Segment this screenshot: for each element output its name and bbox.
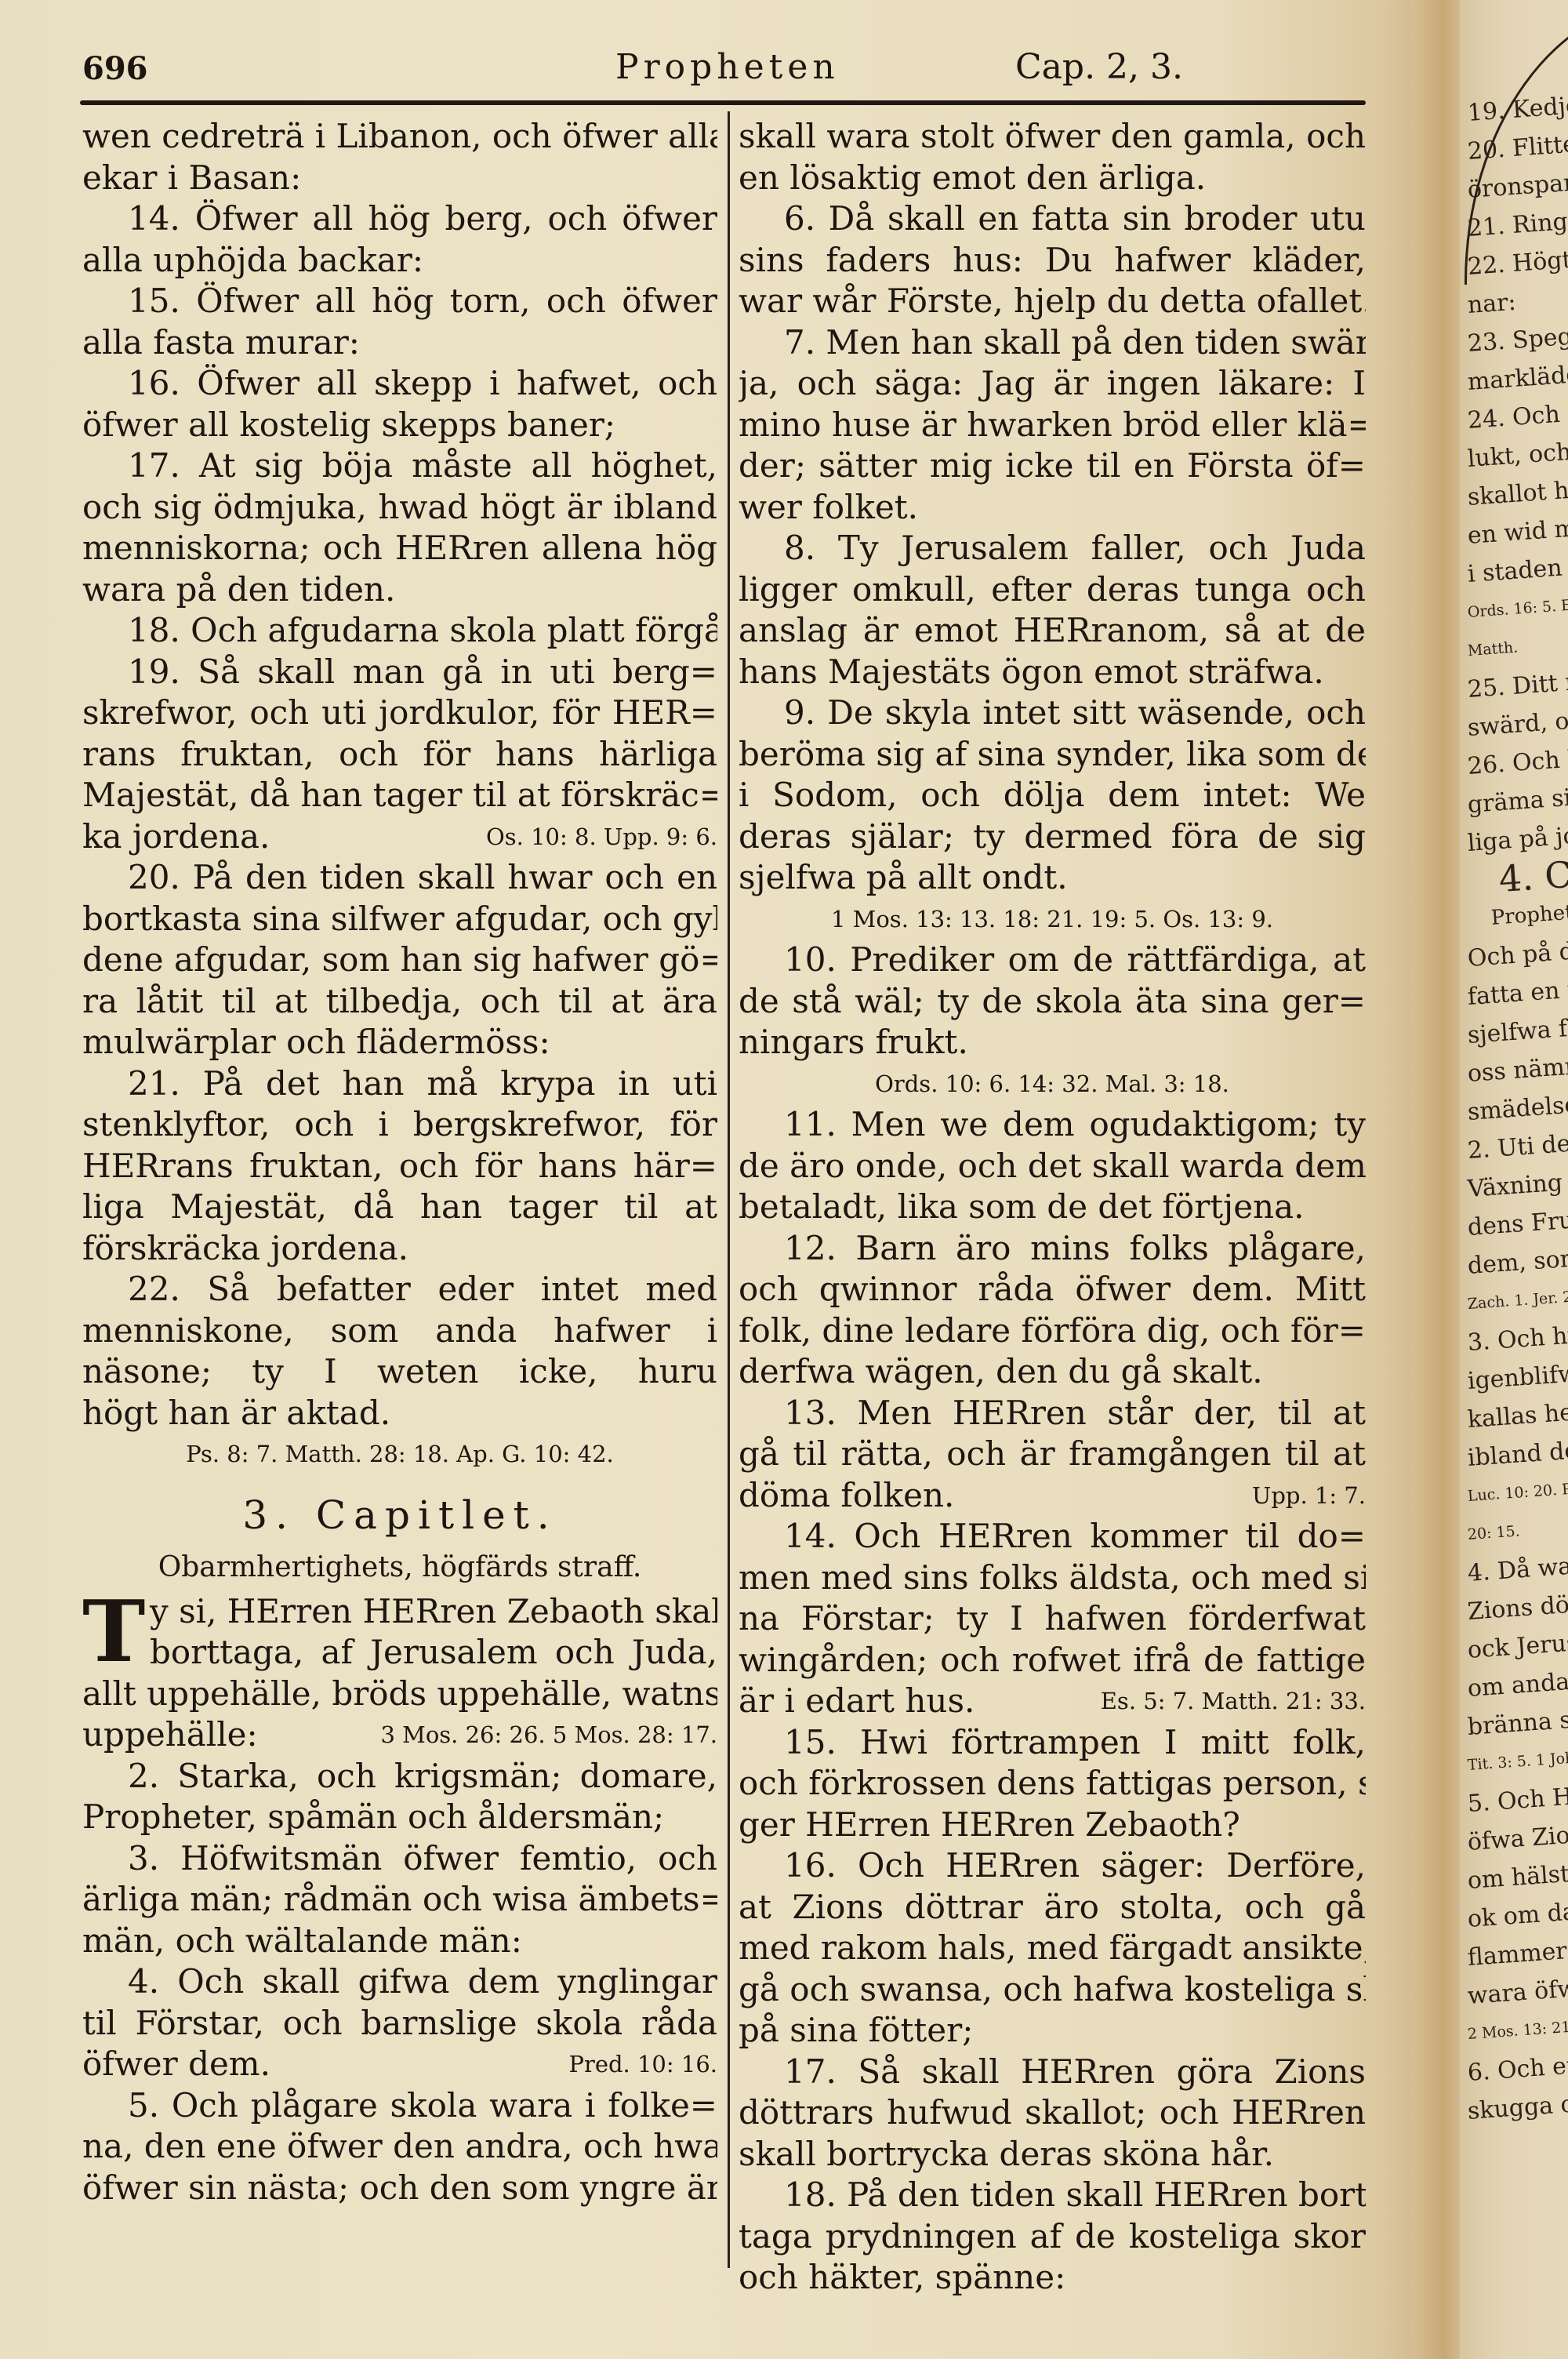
line-text: stenklyftor, och i bergskrefwor, för — [82, 1105, 717, 1143]
line-text: skrefwor, och uti jordkulor, för HER= — [82, 693, 717, 732]
line-text: 12. Barn äro mins folks plågare, — [784, 1229, 1366, 1267]
page-header: 696 Propheten Cap. 2, 3. — [82, 47, 1368, 94]
line-text: til Förstar, och barnslige skola råda — [82, 2004, 717, 2042]
adjacent-text-line: skugga om dagen — [1466, 2084, 1568, 2131]
line-text: uppehälle: — [82, 1715, 258, 1754]
text-line: skrefwor, och uti jordkulor, för HER= — [82, 692, 717, 734]
line-text: mulwärplar och flädermöss: — [82, 1023, 550, 1061]
text-line: 9. De skyla intet sitt wäsende, och — [739, 692, 1366, 734]
adjacent-text-line: fatta en man, — [1466, 969, 1568, 1016]
line-text: 15. Hwi förtrampen I mitt folk, — [784, 1723, 1366, 1761]
cross-reference: Pred. 10: 16. — [568, 2044, 717, 2085]
adjacent-text-line: swärd, och din — [1466, 700, 1568, 747]
text-line: der; sätter mig icke til en Första öf= — [739, 445, 1366, 487]
adjacent-text-line: Växning wara kä — [1466, 1161, 1568, 1209]
text-line: borttaga, af Jerusalem och Juda, — [82, 1632, 717, 1674]
text-line: Propheter, spåmän och åldersmän; — [82, 1797, 717, 1838]
text-line: wen cedreträ i Libanon, och öfwer alla — [82, 116, 717, 158]
page-number: 696 — [82, 50, 148, 87]
line-text: 21. På det han må krypa in uti — [128, 1064, 717, 1103]
adjacent-text-line: 20. Flitter, brän — [1466, 124, 1568, 171]
line-text: 10. Prediker om de rättfärdiga, at — [784, 940, 1366, 979]
text-line: gå til rätta, och är framgången til at — [739, 1434, 1366, 1475]
text-line: 21. På det han må krypa in uti — [82, 1063, 717, 1105]
text-line: ja, och säga: Jag är ingen läkare: I — [739, 363, 1366, 405]
chapter-summary: Obarmhertighets, högfärds straff. — [82, 1544, 717, 1591]
text-line: ekar i Basan: — [82, 158, 717, 199]
header-rule — [80, 100, 1366, 105]
text-line: 18. På den tiden skall HERren bort= — [739, 2175, 1366, 2216]
text-line: en lösaktig emot den ärliga. — [739, 158, 1366, 199]
adjacent-text-line: Luc. 10: 20. Phil. 4: — [1466, 1469, 1568, 1516]
adjacent-text-line: 5. Och HERre — [1466, 1776, 1568, 1823]
adjacent-text-line: 3. Och hwilken — [1466, 1315, 1568, 1362]
text-line: 15. Hwi förtrampen I mitt folk, — [739, 1722, 1366, 1764]
text-line: och förkrossen dens fattigas person, sä= — [739, 1763, 1366, 1805]
text-line: uppehälle:3 Mos. 26: 26. 5 Mos. 28: 17. — [82, 1714, 717, 1756]
adjacent-text-line: Tit. 3: 5. 1 Joh — [1466, 1738, 1568, 1785]
line-text: menniskone, som anda hafwer i — [82, 1311, 717, 1350]
text-line: 20. På den tiden skall hwar och en — [82, 857, 717, 899]
line-text: wingården; och rofwet ifrå de fattige — [739, 1641, 1366, 1679]
adjacent-text-line: öronspan: — [1466, 162, 1568, 209]
text-line: rans fruktan, och för hans härliga — [82, 734, 717, 776]
text-line: 17. At sig böja måste all höghet, — [82, 445, 717, 487]
text-line: näsone; ty I weten icke, huru — [82, 1351, 717, 1393]
cross-reference: Es. 5: 7. Matth. 21: 33. — [1101, 1681, 1366, 1722]
line-text: en lösaktig emot den ärliga. — [739, 158, 1206, 197]
line-text: 7. Men han skall på den tiden swär= — [784, 323, 1366, 362]
text-line: 16. Öfwer all skepp i hafwet, och — [82, 363, 717, 405]
line-text: döma folken. — [739, 1476, 954, 1514]
text-line: ningars frukt. — [739, 1022, 1366, 1063]
text-line: döttrars hufwud skallot; och HERren — [739, 2092, 1366, 2134]
text-line: alla uphöjda backar: — [82, 240, 717, 282]
text-line: 14. Öfwer all hög berg, och öfwer — [82, 198, 717, 240]
text-line: anslag är emot HERranom, så at de — [739, 610, 1366, 652]
line-text: alla uphöjda backar: — [82, 241, 423, 279]
line-text: 5. Och plågare skola wara i folke= — [128, 2086, 717, 2125]
left-column-verses-chapter-3: allt uppehälle, bröds uppehälle, watnsup… — [82, 1674, 717, 2209]
line-text: 11. Men we dem ogudaktigom; ty — [784, 1105, 1366, 1143]
adjacent-text-line: om hälst det försa — [1466, 1853, 1568, 1900]
text-line: ligger omkull, efter deras tunga och — [739, 569, 1366, 611]
line-text: ärliga män; rådmän och wisa ämbets= — [82, 1880, 717, 1918]
drop-cap: T — [82, 1593, 145, 1671]
text-line: alla fasta murar: — [82, 322, 717, 364]
cross-reference: 3 Mos. 26: 26. 5 Mos. 28: 17. — [380, 1714, 717, 1756]
line-text: bortkasta sina silfwer afgudar, och gyl= — [82, 900, 717, 938]
adjacent-text-line: 2 Mos. 13: 21. P — [1466, 2007, 1568, 2054]
line-text: 4. Och skall gifwa dem ynglingar — [128, 1962, 717, 2001]
line-text: 22. Så befatter eder intet med — [128, 1270, 717, 1308]
adjacent-text-line: 26. Och hans — [1466, 739, 1568, 786]
text-line: til Förstar, och barnslige skola råda — [82, 2003, 717, 2045]
line-text: war wår Förste, hjelp du detta ofallet. — [739, 282, 1366, 320]
adjacent-text-line: ok om dagen, oc — [1466, 1892, 1568, 1939]
adjacent-text-line: 22. Högtidskläde — [1466, 239, 1568, 286]
text-line: na, den ene öfwer den andra, och hwar — [82, 2126, 717, 2168]
line-text: 3. Höfwitsmän öfwer femtio, och — [128, 1839, 717, 1877]
text-line: 14. Och HERren kommer til do= — [739, 1516, 1366, 1558]
adjacent-text-line: 6. Och et skjul — [1466, 2045, 1568, 2092]
text-line: beröma sig af sina synder, lika som de — [739, 734, 1366, 776]
text-line: högt han är aktad. — [82, 1393, 717, 1434]
text-line: 6. Då skall en fatta sin broder utu — [739, 198, 1366, 240]
text-line: war wår Förste, hjelp du detta ofallet. — [739, 281, 1366, 322]
line-text: 8. Ty Jerusalem faller, och Juda — [784, 529, 1366, 567]
text-line: 19. Så skall man gå in uti berg= — [82, 652, 717, 693]
adjacent-text-line: Ords. 16: 5. Es. 1 — [1466, 585, 1568, 632]
line-text: taga prydningen af de kosteliga skor — [739, 2217, 1366, 2255]
line-text: HERrans fruktan, och för hans här= — [82, 1147, 717, 1185]
line-text: öfwer sin nästa; och den som yngre är, — [82, 2168, 717, 2207]
line-text: na Förstar; ty I hafwen förderfwat — [739, 1599, 1366, 1637]
text-line: öfwer dem.Pred. 10: 16. — [82, 2044, 717, 2085]
line-text: öfwer dem. — [82, 2045, 270, 2083]
text-line: Majestät, då han tager til at förskräc= — [82, 775, 717, 816]
cross-reference: Ps. 8: 7. Matth. 28: 18. Ap. G. 10: 42. — [82, 1434, 717, 1475]
adjacent-text-line: 25. Ditt meniga — [1466, 662, 1568, 709]
adjacent-text-line: dens Frukt h — [1466, 1200, 1568, 1247]
line-text: 17. Så skall HERren göra Zions — [784, 2052, 1366, 2091]
line-text: wer folket. — [739, 488, 918, 526]
text-line: mino huse är hwarken bröd eller klä= — [739, 405, 1366, 446]
line-text: ger HErren HERren Zebaoth? — [739, 1805, 1240, 1844]
text-line: de äro onde, och det skall warda dem — [739, 1146, 1366, 1187]
adjacent-text-line: Zach. 1. Jer. 23: 5. 3 — [1466, 1277, 1568, 1324]
chapter-heading: 3. Capitlet. — [82, 1486, 717, 1544]
line-text: och häkter, spänne: — [739, 2258, 1065, 2296]
adjacent-text-line: dem, som behållne — [1466, 1238, 1568, 1285]
text-line: ra låtit til at tilbedja, och til at ära — [82, 981, 717, 1023]
adjacent-text-line: 21. Ringar, änn — [1466, 201, 1568, 248]
line-text: men med sins folks äldsta, och med si= — [739, 1558, 1366, 1597]
adjacent-text-line: ock Jerusalems blo — [1466, 1623, 1568, 1670]
line-text: 6. Då skall en fatta sin broder utu — [784, 199, 1366, 238]
adjacent-page-text: 19. Kedjor, arm20. Flitter, bränöronspan… — [1468, 94, 1568, 2131]
text-line: deras själar; ty dermed föra de sig — [739, 816, 1366, 858]
text-line: 7. Men han skall på den tiden swär= — [739, 322, 1366, 364]
text-line: på sina fötter; — [739, 2010, 1366, 2052]
text-line: mulwärplar och flädermöss: — [82, 1022, 717, 1063]
line-text: 9. De skyla intet sitt wäsende, och — [784, 693, 1366, 732]
adjacent-text-line: om andan, som d — [1466, 1661, 1568, 1708]
adjacent-text-line: Prophetia — [1466, 892, 1568, 940]
adjacent-text-line: 24. Och der skall — [1466, 393, 1568, 440]
text-line: 4. Och skall gifwa dem ynglingar — [82, 1961, 717, 2003]
line-text: näsone; ty I weten icke, huru — [82, 1352, 717, 1390]
text-line: liga Majestät, då han tager til at — [82, 1187, 717, 1228]
line-text: 17. At sig böja måste all höghet, — [128, 446, 717, 485]
text-line: dene afgudar, som han sig hafwer gö= — [82, 940, 717, 981]
text-line: ka jordena.Os. 10: 8. Upp. 9: 6. — [82, 816, 717, 858]
line-text: i Sodom, och dölja dem intet: We — [739, 776, 1366, 814]
text-line: at Zions döttrar äro stolta, och gå — [739, 1887, 1366, 1928]
adjacent-text-line: Och på den tiden — [1466, 931, 1568, 978]
adjacent-text-line: i staden för d — [1466, 547, 1568, 594]
adjacent-text-line: 19. Kedjor, arm — [1466, 85, 1568, 133]
line-text: och förkrossen dens fattigas person, sä= — [739, 1764, 1366, 1802]
line-text: ja, och säga: Jag är ingen läkare: I — [739, 364, 1366, 402]
line-text: wara på den tiden. — [82, 570, 395, 609]
adjacent-text-line: en wid mantel — [1466, 508, 1568, 555]
line-text: ra låtit til at tilbedja, och til at ära — [82, 982, 717, 1020]
text-line: sins faders hus: Du hafwer kläder, — [739, 240, 1366, 282]
adjacent-text-line: wara öfwer allt de — [1466, 1968, 1568, 2016]
cross-reference: Upp. 1: 7. — [1252, 1475, 1366, 1517]
chapter-opening: T y si, HErren HERren Zebaoth skall bort… — [82, 1591, 717, 1674]
text-line: y si, HErren HERren Zebaoth skall — [82, 1591, 717, 1633]
line-text: anslag är emot HERranom, så at de — [739, 611, 1366, 649]
text-line: wingården; och rofwet ifrå de fattige — [739, 1640, 1366, 1681]
right-column: skall wara stolt öfwer den gamla, ochen … — [739, 116, 1366, 2299]
line-text: sins faders hus: Du hafwer kläder, — [739, 241, 1366, 279]
adjacent-text-line: öfwa Zions bergs — [1466, 1815, 1568, 1862]
line-text: förskräcka jordena. — [82, 1229, 408, 1267]
line-text: wen cedreträ i Libanon, och öfwer alla — [82, 117, 717, 155]
text-line: skall wara stolt öfwer den gamla, och — [739, 116, 1366, 158]
adjacent-text-line: kallas helig, hwar — [1466, 1392, 1568, 1439]
line-text: de stå wäl; ty de skola äta sina ger= — [739, 982, 1366, 1020]
text-line: ärliga män; rådmän och wisa ämbets= — [82, 1879, 717, 1921]
text-line: menniskorna; och HERren allena hög — [82, 528, 717, 569]
text-line: 16. Och HERren säger: Derföre, — [739, 1845, 1366, 1887]
adjacent-text-line: lukt, och et löst — [1466, 431, 1568, 478]
line-text: ekar i Basan: — [82, 158, 301, 197]
text-line: gå och swansa, och hafwa kosteliga skor — [739, 1969, 1366, 2011]
line-text: 18. Och afgudarna skola platt förgås. — [128, 611, 717, 649]
adjacent-text-line: 2. Uti den tide — [1466, 1123, 1568, 1170]
adjacent-text-line: Zions döttrars smi — [1466, 1584, 1568, 1631]
line-text: 16. Och HERren säger: Derföre, — [784, 1846, 1366, 1885]
line-text: gå och swansa, och hafwa kosteliga skor — [739, 1970, 1366, 2008]
line-text: betaladt, lika som de det förtjena. — [739, 1187, 1305, 1226]
line-text: på sina fötter; — [739, 2011, 973, 2049]
line-text: Ps. 8: 7. Matth. 28: 18. Ap. G. 10: 42. — [186, 1441, 614, 1467]
text-line: 10. Prediker om de rättfärdiga, at — [739, 940, 1366, 981]
text-line: är i edart hus.Es. 5: 7. Matth. 21: 33. — [739, 1681, 1366, 1722]
line-text: rans fruktan, och för hans härliga — [82, 735, 717, 773]
line-text: dene afgudar, som han sig hafwer gö= — [82, 940, 717, 979]
text-line: bortkasta sina silfwer afgudar, och gyl= — [82, 899, 717, 940]
cross-reference: Ords. 10: 6. 14: 32. Mal. 3: 18. — [739, 1063, 1366, 1105]
text-line: döma folken.Upp. 1: 7. — [739, 1475, 1366, 1517]
line-text: 15. Öfwer all hög torn, och öfwer — [128, 282, 717, 320]
text-line: wer folket. — [739, 487, 1366, 529]
text-line: betaladt, lika som de det förtjena. — [739, 1187, 1366, 1228]
chapter-reference: Cap. 2, 3. — [1015, 47, 1183, 87]
adjacent-text-line: 20: 15. — [1466, 1507, 1568, 1554]
text-line: taga prydningen af de kosteliga skor — [739, 2216, 1366, 2258]
line-text: män, och wältalande män: — [82, 1921, 522, 1960]
text-line: men med sins folks äldsta, och med si= — [739, 1558, 1366, 1599]
line-text: derfwa wägen, den du gå skalt. — [739, 1352, 1263, 1390]
text-line: 17. Så skall HERren göra Zions — [739, 2052, 1366, 2093]
adjacent-text-line: sjelfwa föda och — [1466, 1008, 1568, 1055]
text-line: derfwa wägen, den du gå skalt. — [739, 1351, 1366, 1393]
text-line: ger HErren HERren Zebaoth? — [739, 1805, 1366, 1846]
line-text: 14. Öfwer all hög berg, och öfwer — [128, 199, 717, 238]
text-line: män, och wältalande män: — [82, 1921, 717, 1962]
text-line: wara på den tiden. — [82, 569, 717, 611]
text-line: förskräcka jordena. — [82, 1228, 717, 1270]
line-text: är i edart hus. — [739, 1681, 975, 1720]
text-line: 22. Så befatter eder intet med — [82, 1269, 717, 1310]
line-text: öfwer all kostelig skepps baner; — [82, 405, 615, 444]
line-text: ligger omkull, efter deras tunga och — [739, 570, 1366, 609]
line-text: skall wara stolt öfwer den gamla, och — [739, 117, 1366, 155]
line-text: 14. Och HERren kommer til do= — [784, 1517, 1366, 1555]
running-title: Propheten — [615, 47, 840, 87]
line-text: ka jordena. — [82, 817, 270, 856]
adjacent-text-line: flammer om nattens — [1466, 1930, 1568, 1977]
line-text: Propheter, spåmän och åldersmän; — [82, 1797, 664, 1836]
line-text: skall bortrycka deras sköna hår. — [739, 2135, 1274, 2173]
adjacent-text-line: gräma sig, och — [1466, 777, 1568, 824]
line-text: 1 Mos. 13: 13. 18: 21. 19: 5. Os. 13: 9. — [831, 906, 1273, 932]
text-line: na Förstar; ty I hafwen förderfwat — [739, 1598, 1366, 1640]
text-line: HERrans fruktan, och för hans här= — [82, 1146, 717, 1187]
line-text: 2. Starka, och krigsmän; domare, — [128, 1757, 717, 1795]
text-line: hans Majestäts ögon emot sträfwa. — [739, 652, 1366, 693]
text-line: 3. Höfwitsmän öfwer femtio, och — [82, 1838, 717, 1880]
line-text: 16. Öfwer all skepp i hafwet, och — [128, 364, 717, 402]
line-text: liga Majestät, då han tager til at — [82, 1187, 717, 1226]
line-text: mino huse är hwarken bröd eller klä= — [739, 405, 1366, 444]
line-text: 18. På den tiden skall HERren bort= — [784, 2175, 1366, 2214]
adjacent-text-line: ibland de lefwa — [1466, 1430, 1568, 1478]
right-column-verses: skall wara stolt öfwer den gamla, ochen … — [739, 116, 1366, 2299]
line-text: 19. Så skall man gå in uti berg= — [128, 652, 717, 691]
text-line: folk, dine ledare förföra dig, och för= — [739, 1310, 1366, 1352]
line-text: at Zions döttrar äro stolta, och gå — [739, 1888, 1366, 1926]
line-text: sjelfwa på allt ondt. — [739, 858, 1068, 896]
adjacent-text-line: igenblifwer i J — [1466, 1354, 1568, 1401]
adjacent-text-line: bränna skall. — [1466, 1699, 1568, 1747]
line-text: och qwinnor råda öfwer dem. Mitt — [739, 1270, 1366, 1308]
text-line: och qwinnor råda öfwer dem. Mitt — [739, 1269, 1366, 1310]
adjacent-text-line: 23. Speglar, snö — [1466, 316, 1568, 363]
line-text: med rakom hals, med färgadt ansikte; — [739, 1928, 1366, 1967]
line-text: Majestät, då han tager til at förskräc= — [82, 776, 717, 814]
adjacent-text-line: nar: — [1466, 278, 1568, 325]
line-text: döttrars hufwud skallot; och HERren — [739, 2093, 1366, 2132]
adjacent-text-line: skallot hufwud f — [1466, 470, 1568, 517]
line-text: Ords. 10: 6. 14: 32. Mal. 3: 18. — [875, 1070, 1229, 1097]
line-text: alla fasta murar: — [82, 323, 360, 362]
line-text: na, den ene öfwer den andra, och hwar — [82, 2127, 717, 2165]
adjacent-text-line: 4. Då warder H — [1466, 1546, 1568, 1593]
line-text: 20. På den tiden skall hwar och en — [128, 858, 717, 896]
adjacent-text-line: Matth. — [1466, 623, 1568, 671]
line-text: allt uppehälle, bröds uppehälle, watns — [82, 1674, 717, 1713]
line-text: 13. Men HERren står der, til at — [784, 1394, 1366, 1432]
line-text: gå til rätta, och är framgången til at — [739, 1434, 1366, 1473]
text-line: med rakom hals, med färgadt ansikte; — [739, 1928, 1366, 1969]
left-column: wen cedreträ i Libanon, och öfwer allaek… — [82, 116, 717, 2208]
line-text: ningars frukt. — [739, 1023, 968, 1061]
text-line: stenklyftor, och i bergskrefwor, för — [82, 1104, 717, 1146]
adjacent-text-line: oss nämnas efte — [1466, 1046, 1568, 1093]
cross-reference: 1 Mos. 13: 13. 18: 21. 19: 5. Os. 13: 9. — [739, 899, 1366, 940]
text-line: 13. Men HERren står der, til at — [739, 1393, 1366, 1434]
text-line: 5. Och plågare skola wara i folke= — [82, 2085, 717, 2127]
text-line: sjelfwa på allt ondt. — [739, 857, 1366, 899]
line-text: der; sätter mig icke til en Första öf= — [739, 446, 1366, 485]
text-line: de stå wäl; ty de skola äta sina ger= — [739, 981, 1366, 1023]
cross-reference: Os. 10: 8. Upp. 9: 6. — [486, 816, 717, 858]
line-text: folk, dine ledare förföra dig, och för= — [739, 1311, 1366, 1350]
line-text: beröma sig af sina synder, lika som de — [739, 735, 1366, 773]
adjacent-text-line: smädelse må ifrå — [1466, 1085, 1568, 1132]
text-line: 12. Barn äro mins folks plågare, — [739, 1228, 1366, 1270]
line-text: hans Majestäts ögon emot sträfwa. — [739, 652, 1324, 691]
line-text: menniskorna; och HERren allena hög — [82, 529, 717, 567]
text-line: 15. Öfwer all hög torn, och öfwer — [82, 281, 717, 322]
text-line: 11. Men we dem ogudaktigom; ty — [739, 1104, 1366, 1146]
text-line: 18. Och afgudarna skola platt förgås. — [82, 610, 717, 652]
text-line: menniskone, som anda hafwer i — [82, 1310, 717, 1352]
text-line: och häkter, spänne: — [739, 2257, 1366, 2299]
column-divider — [728, 111, 730, 2268]
adjacent-text-line: markläder. — [1466, 354, 1568, 402]
text-line: i Sodom, och dölja dem intet: We — [739, 775, 1366, 816]
text-line: och sig ödmjuka, hwad högt är ibland — [82, 487, 717, 529]
text-line: allt uppehälle, bröds uppehälle, watns — [82, 1674, 717, 1715]
left-column-verses: wen cedreträ i Libanon, och öfwer allaek… — [82, 116, 717, 1475]
line-text: deras själar; ty dermed föra de sig — [739, 817, 1366, 856]
line-text: högt han är aktad. — [82, 1394, 390, 1432]
text-line: 2. Starka, och krigsmän; domare, — [82, 1756, 717, 1797]
text-line: öfwer all kostelig skepps baner; — [82, 405, 717, 446]
adjacent-text-line: 4. Ca — [1466, 854, 1568, 901]
line-text: och sig ödmjuka, hwad högt är ibland — [82, 488, 717, 526]
line-text: de äro onde, och det skall warda dem — [739, 1147, 1366, 1185]
text-line: 8. Ty Jerusalem faller, och Juda — [739, 528, 1366, 569]
text-line: skall bortrycka deras sköna hår. — [739, 2134, 1366, 2175]
text-line: öfwer sin nästa; och den som yngre är, — [82, 2168, 717, 2209]
